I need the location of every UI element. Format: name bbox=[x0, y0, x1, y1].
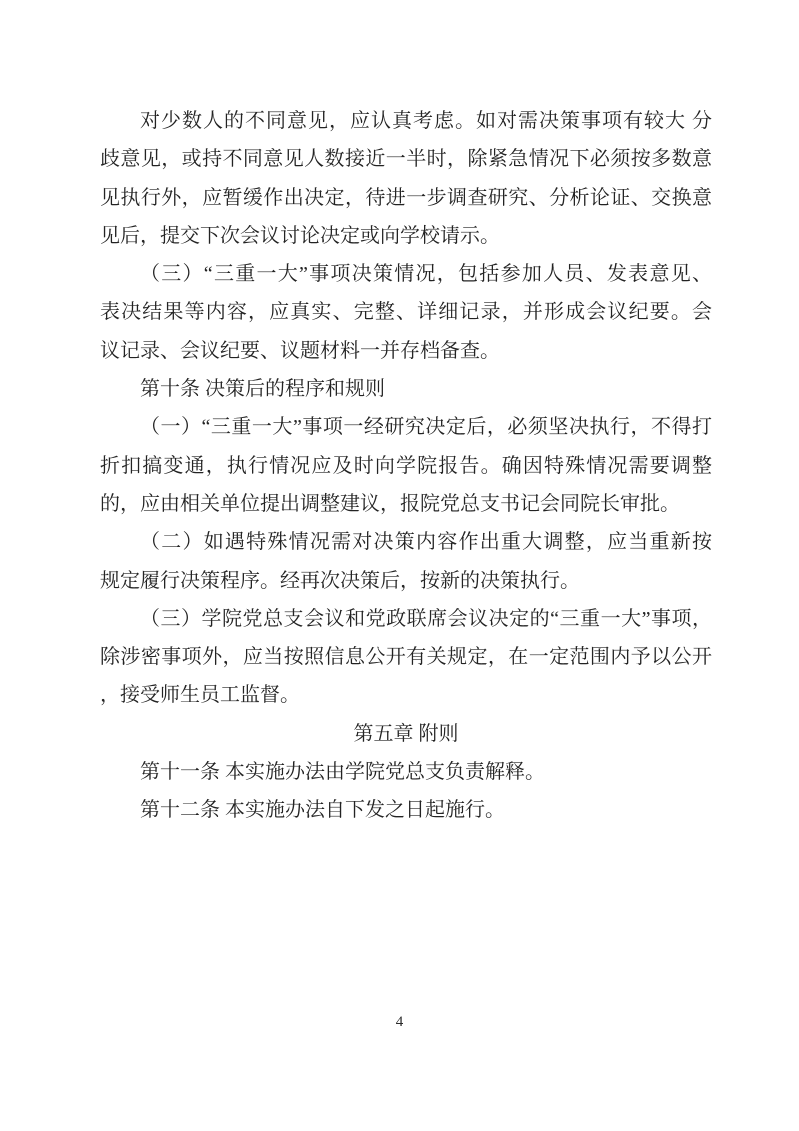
text-line: 第十条 决策后的程序和规则 bbox=[100, 370, 712, 408]
text-line: 第十一条 本实施办法由学院党总支负责解释。 bbox=[100, 753, 712, 791]
text-line: （二）如遇特殊情况需对决策内容作出重大调整，应当重新按 bbox=[100, 523, 712, 561]
text-line: ，接受师生员工监督。 bbox=[100, 676, 712, 714]
text-line: 折扣搞变通，执行情况应及时向学院报告。确因特殊情况需要调整 bbox=[100, 447, 712, 485]
document-body: 对少数人的不同意见，应认真考虑。如对需决策事项有较大 分歧意见，或持不同意见人数… bbox=[100, 102, 712, 830]
text-line: （一）“三重一大”事项一经研究决定后，必须坚决执行，不得打 bbox=[100, 408, 712, 446]
text-line: （三）学院党总支会议和党政联席会议决定的“三重一大”事项， bbox=[100, 600, 712, 638]
paragraph: （一）“三重一大”事项一经研究决定后，必须坚决执行，不得打折扣搞变通，执行情况应… bbox=[100, 408, 712, 523]
text-line: 除涉密事项外，应当按照信息公开有关规定，在一定范围内予以公开 bbox=[100, 638, 712, 676]
chapter-heading: 第五章 附则 bbox=[100, 715, 712, 753]
page-number: 4 bbox=[0, 1012, 799, 1032]
text-line: 的，应由相关单位提出调整建议，报院党总支书记会同院长审批。 bbox=[100, 485, 712, 523]
paragraph: 第十二条 本实施办法自下发之日起施行。 bbox=[100, 791, 712, 829]
paragraph: （三）学院党总支会议和党政联席会议决定的“三重一大”事项，除涉密事项外，应当按照… bbox=[100, 600, 712, 715]
document-page: 对少数人的不同意见，应认真考虑。如对需决策事项有较大 分歧意见，或持不同意见人数… bbox=[0, 0, 799, 1131]
text-line: 见执行外，应暂缓作出决定，待进一步调查研究、分析论证、交换意 bbox=[100, 179, 712, 217]
paragraph: （三）“三重一大”事项决策情况，包括参加人员、发表意见、表决结果等内容，应真实、… bbox=[100, 255, 712, 370]
text-line: 对少数人的不同意见，应认真考虑。如对需决策事项有较大 分 bbox=[100, 102, 712, 140]
text-line: 第十二条 本实施办法自下发之日起施行。 bbox=[100, 791, 712, 829]
paragraph: 对少数人的不同意见，应认真考虑。如对需决策事项有较大 分歧意见，或持不同意见人数… bbox=[100, 102, 712, 255]
text-line: 第五章 附则 bbox=[100, 715, 712, 753]
paragraph: 第十条 决策后的程序和规则 bbox=[100, 370, 712, 408]
text-line: （三）“三重一大”事项决策情况，包括参加人员、发表意见、 bbox=[100, 255, 712, 293]
paragraph: （二）如遇特殊情况需对决策内容作出重大调整，应当重新按规定履行决策程序。经再次决… bbox=[100, 523, 712, 600]
text-line: 歧意见，或持不同意见人数接近一半时，除紧急情况下必须按多数意 bbox=[100, 140, 712, 178]
text-line: 表决结果等内容，应真实、完整、详细记录，并形成会议纪要。会 bbox=[100, 293, 712, 331]
paragraph: 第十一条 本实施办法由学院党总支负责解释。 bbox=[100, 753, 712, 791]
text-line: 议记录、会议纪要、议题材料一并存档备查。 bbox=[100, 332, 712, 370]
text-line: 见后，提交下次会议讨论决定或向学校请示。 bbox=[100, 217, 712, 255]
text-line: 规定履行决策程序。经再次决策后，按新的决策执行。 bbox=[100, 562, 712, 600]
